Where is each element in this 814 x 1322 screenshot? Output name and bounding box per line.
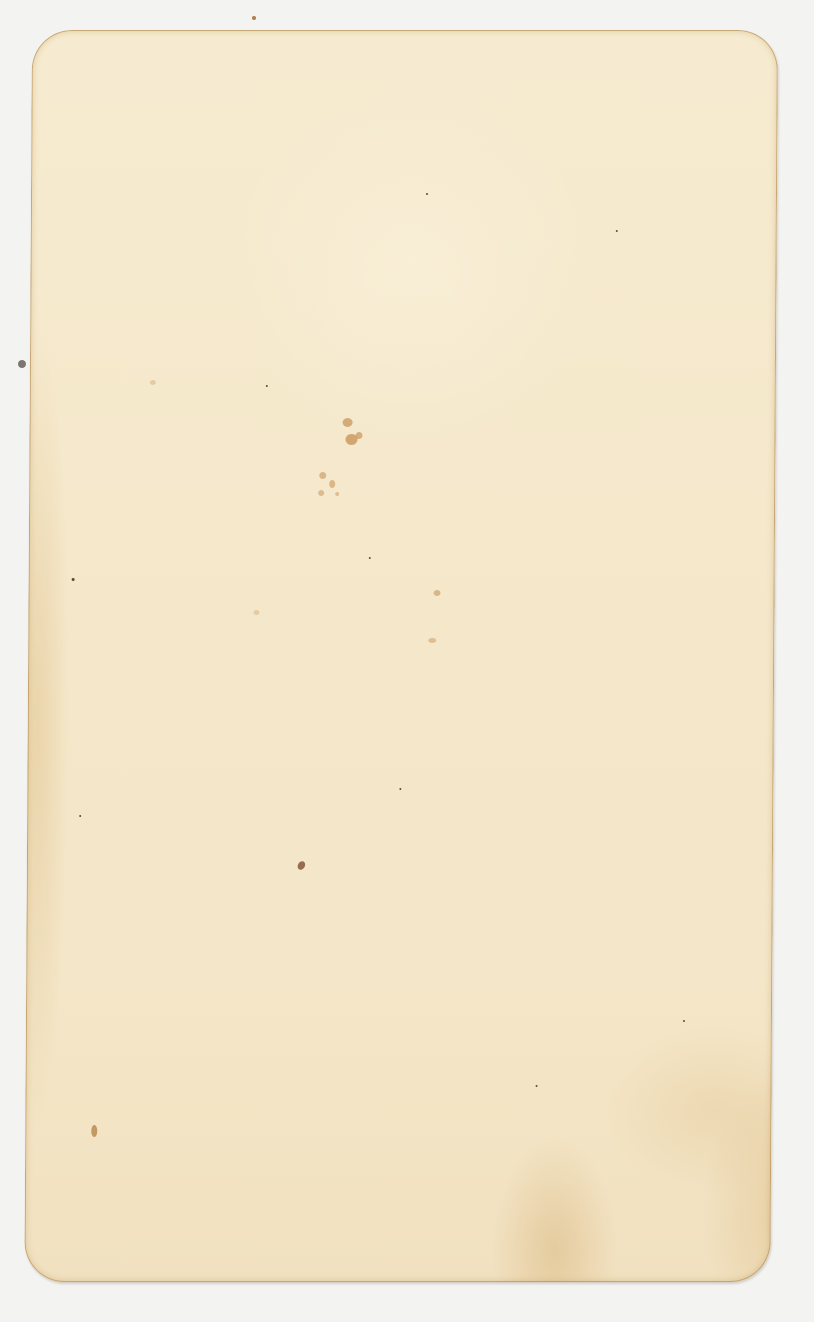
speck: [426, 193, 428, 195]
foxing-spot: [318, 490, 324, 496]
foxing-spot: [356, 432, 363, 439]
foxing-spot: [335, 492, 339, 496]
speck: [683, 1020, 685, 1022]
foxing-spot: [319, 472, 326, 479]
speck: [72, 578, 75, 581]
foxing-spot: [91, 1125, 97, 1137]
photo-card-back: [24, 30, 778, 1282]
dust-speck: [18, 360, 26, 368]
foxing-spot: [253, 610, 259, 615]
speck: [536, 1085, 538, 1087]
image-description: Aged cream card stock with rounded corne…: [0, 0, 1, 1]
speck: [266, 385, 268, 387]
foxing-spot: [428, 638, 436, 643]
ink-mark: [296, 860, 307, 871]
foxing-spot: [434, 590, 441, 596]
speck: [369, 557, 371, 559]
speck: [399, 788, 401, 790]
foxing-spot: [343, 418, 353, 427]
speck: [616, 230, 618, 232]
dust-speck: [252, 16, 256, 20]
foxing-spot: [329, 480, 335, 488]
scan-background: Aged cream card stock with rounded corne…: [0, 0, 814, 1322]
speck: [79, 815, 81, 817]
foxing-spot: [150, 380, 156, 385]
